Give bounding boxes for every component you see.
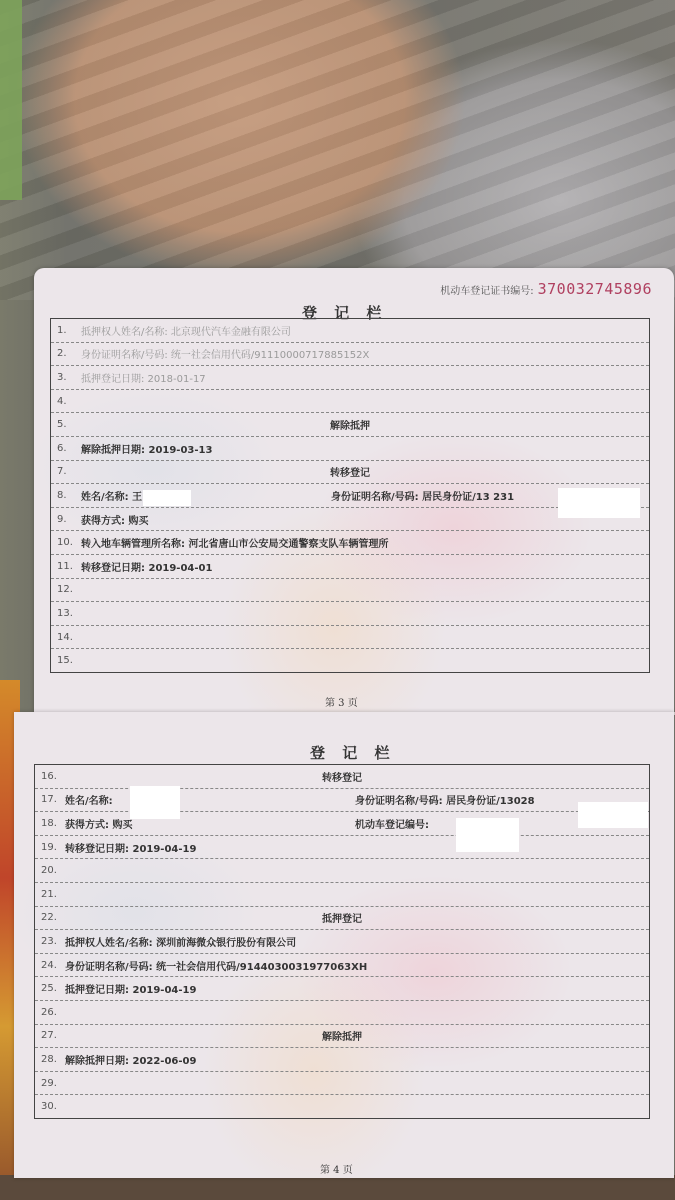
row-right-content: 身份证明名称/号码: 居民身份证/13 231 <box>331 488 514 503</box>
row-number: 20. <box>35 865 65 876</box>
row-content: 转移登记日期: 2019-04-19 <box>65 840 196 855</box>
register-row: 18.获得方式: 购买机动车登记编号: <box>35 812 649 836</box>
row-content: 姓名/名称: <box>65 792 113 807</box>
register-row: 7.转移登记 <box>51 461 649 485</box>
row-content: 抵押登记日期: 2018-01-17 <box>81 370 206 385</box>
register-row: 4. <box>51 390 649 414</box>
register-row: 14. <box>51 626 649 650</box>
row-number: 15. <box>51 655 81 666</box>
redaction-box <box>578 802 648 828</box>
row-number: 14. <box>51 632 81 643</box>
row-number: 21. <box>35 889 65 900</box>
section-title: 解除抵押 <box>51 417 649 432</box>
row-right-content: 身份证明名称/号码: 居民身份证/13028 <box>355 792 535 807</box>
register-row: 15. <box>51 649 649 672</box>
register-row: 16.转移登记 <box>35 765 649 789</box>
registration-page-4: 登 记 栏 16.转移登记17.姓名/名称:身份证明名称/号码: 居民身份证/1… <box>14 712 674 1178</box>
row-number: 28. <box>35 1054 65 1065</box>
row-number: 18. <box>35 818 65 829</box>
register-row: 27.解除抵押 <box>35 1025 649 1049</box>
row-number: 10. <box>51 537 81 548</box>
row-number: 23. <box>35 936 65 947</box>
register-row: 23.抵押权人姓名/名称: 深圳前海微众银行股份有限公司 <box>35 930 649 954</box>
row-number: 8. <box>51 490 81 501</box>
redaction-box <box>130 786 180 819</box>
register-row: 21. <box>35 883 649 907</box>
register-row: 5.解除抵押 <box>51 413 649 437</box>
section-title: 转移登记 <box>51 464 649 479</box>
register-row: 11.转移登记日期: 2019-04-01 <box>51 555 649 579</box>
register-row: 20. <box>35 859 649 883</box>
row-number: 25. <box>35 983 65 994</box>
row-number: 9. <box>51 514 81 525</box>
row-number: 11. <box>51 561 81 572</box>
row-number: 19. <box>35 842 65 853</box>
register-row: 10.转入地车辆管理所名称: 河北省唐山市公安局交通警察支队车辆管理所 <box>51 531 649 555</box>
row-content: 身份证明名称/号码: 统一社会信用代码/91110000717885152X <box>81 346 369 361</box>
register-row: 2.身份证明名称/号码: 统一社会信用代码/91110000717885152X <box>51 343 649 367</box>
section-title: 转移登记 <box>35 769 649 784</box>
certificate-number-value: 370032745896 <box>538 280 652 298</box>
row-number: 29. <box>35 1078 65 1089</box>
row-content: 抵押登记日期: 2019-04-19 <box>65 981 196 996</box>
row-number: 13. <box>51 608 81 619</box>
row-right-content: 机动车登记编号: <box>355 816 429 831</box>
fabric-bottom-edge <box>0 1175 675 1200</box>
row-content: 解除抵押日期: 2019-03-13 <box>81 441 212 456</box>
row-content: 转入地车辆管理所名称: 河北省唐山市公安局交通警察支队车辆管理所 <box>81 535 388 550</box>
fabric-green-patch <box>0 0 22 200</box>
fabric-background <box>0 0 675 300</box>
row-number: 2. <box>51 348 81 359</box>
row-number: 24. <box>35 960 65 971</box>
register-row: 24.身份证明名称/号码: 统一社会信用代码/9144030031977063X… <box>35 954 649 978</box>
register-row: 28.解除抵押日期: 2022-06-09 <box>35 1048 649 1072</box>
row-number: 26. <box>35 1007 65 1018</box>
register-row: 25.抵押登记日期: 2019-04-19 <box>35 977 649 1001</box>
row-number: 6. <box>51 443 81 454</box>
register-row: 12. <box>51 579 649 603</box>
register-row: 22.抵押登记 <box>35 907 649 931</box>
row-content: 姓名/名称: 王 <box>81 488 142 503</box>
register-row: 30. <box>35 1095 649 1118</box>
row-content: 抵押权人姓名/名称: 北京现代汽车金融有限公司 <box>81 323 291 338</box>
row-number: 12. <box>51 584 81 595</box>
row-content: 获得方式: 购买 <box>65 816 132 831</box>
row-content: 解除抵押日期: 2022-06-09 <box>65 1052 196 1067</box>
row-number: 1. <box>51 325 81 336</box>
redaction-box <box>456 818 519 852</box>
redaction-box <box>558 488 640 518</box>
page-4-number: 第 4 页 <box>320 1161 353 1176</box>
register-row: 17.姓名/名称:身份证明名称/号码: 居民身份证/13028 <box>35 789 649 813</box>
register-row: 19.转移登记日期: 2019-04-19 <box>35 836 649 860</box>
section-title: 抵押登记 <box>35 910 649 925</box>
row-content: 获得方式: 购买 <box>81 512 148 527</box>
page-4-register-table: 16.转移登记17.姓名/名称:身份证明名称/号码: 居民身份证/1302818… <box>34 764 650 1119</box>
row-number: 17. <box>35 794 65 805</box>
register-row: 29. <box>35 1072 649 1096</box>
redaction-box <box>143 490 191 506</box>
page-4-heading: 登 记 栏 <box>310 742 395 763</box>
register-row: 26. <box>35 1001 649 1025</box>
row-number: 4. <box>51 396 81 407</box>
certificate-number-label: 机动车登记证书编号: <box>440 286 533 297</box>
row-number: 3. <box>51 372 81 383</box>
row-content: 身份证明名称/号码: 统一社会信用代码/9144030031977063XH <box>65 958 367 973</box>
row-number: 30. <box>35 1101 65 1112</box>
row-content: 转移登记日期: 2019-04-01 <box>81 559 212 574</box>
register-row: 13. <box>51 602 649 626</box>
page-3-number: 第 3 页 <box>325 694 358 709</box>
register-row: 6.解除抵押日期: 2019-03-13 <box>51 437 649 461</box>
section-title: 解除抵押 <box>35 1028 649 1043</box>
certificate-number: 机动车登记证书编号:370032745896 <box>440 280 652 298</box>
register-row: 1.抵押权人姓名/名称: 北京现代汽车金融有限公司 <box>51 319 649 343</box>
row-content: 抵押权人姓名/名称: 深圳前海微众银行股份有限公司 <box>65 934 296 949</box>
register-row: 3.抵押登记日期: 2018-01-17 <box>51 366 649 390</box>
